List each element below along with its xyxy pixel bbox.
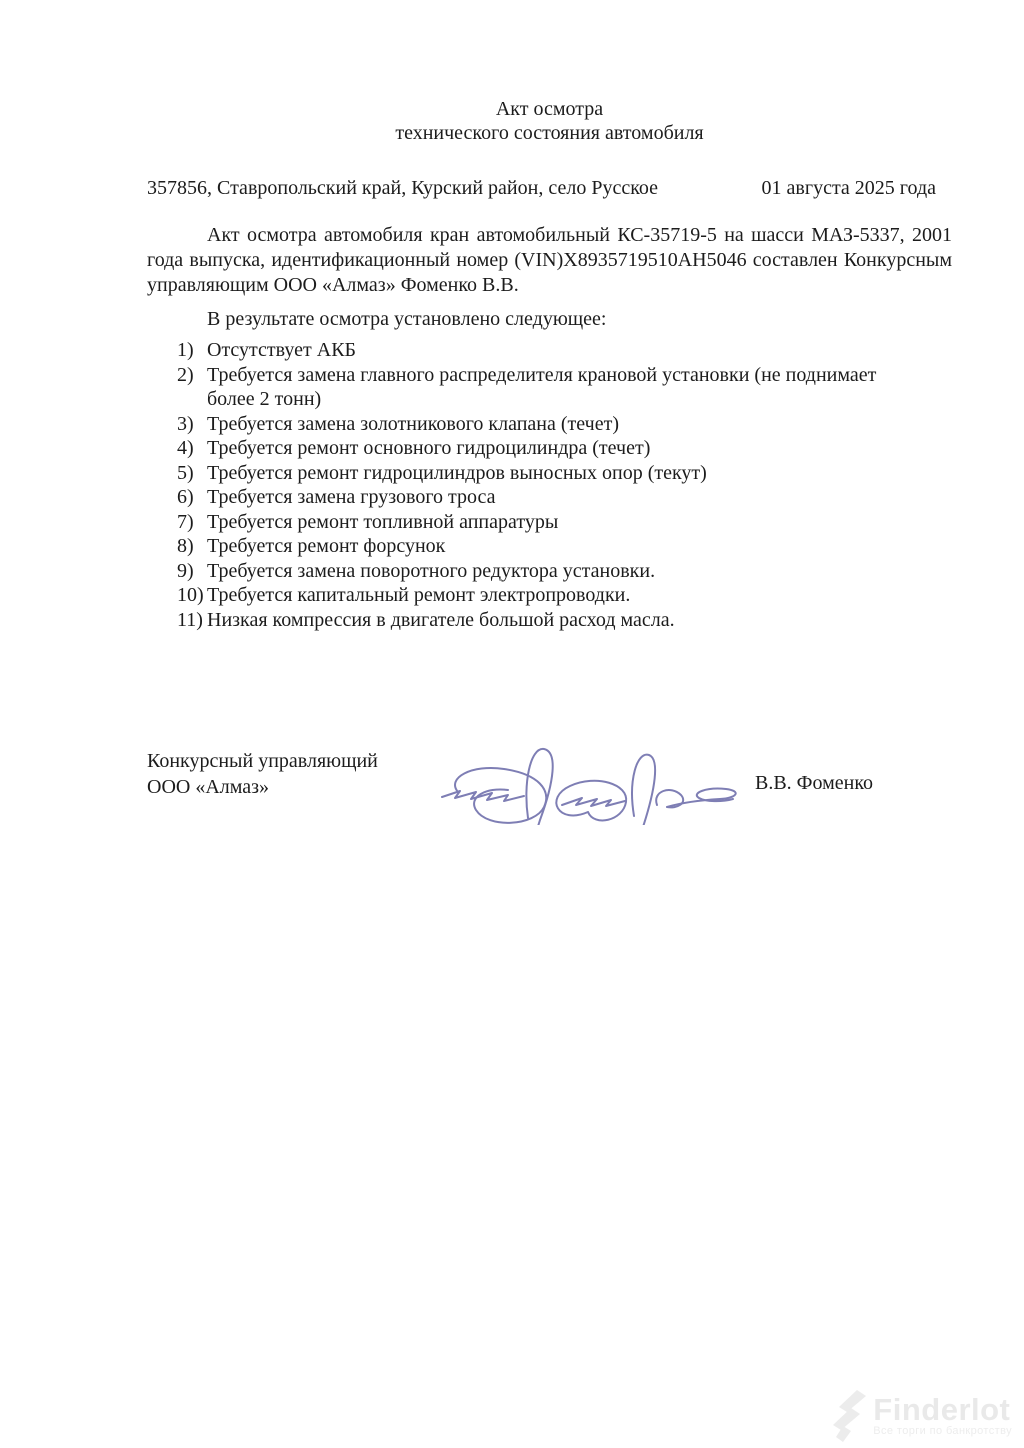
findings-list: 1) Отсутствует АКБ 2) Требуется замена г… <box>147 338 952 632</box>
handwritten-signature <box>428 740 748 825</box>
finding-text: Низкая компрессия в двигателе большой ра… <box>207 608 927 633</box>
title-line-1: Акт осмотра <box>147 97 952 121</box>
document-page: Акт осмотра технического состояния автом… <box>0 0 1024 1448</box>
date-text: 01 августа 2025 года <box>762 176 952 201</box>
finding-item: 6) Требуется замена грузового троса <box>177 485 952 510</box>
finding-text: Требуется замена золотникового клапана (… <box>207 412 927 437</box>
finding-number: 3) <box>177 412 207 437</box>
intro-paragraph: Акт осмотра автомобиля кран автомобильны… <box>147 223 952 298</box>
watermark-brand: Finderlot <box>873 1395 1012 1425</box>
document-content: Акт осмотра технического состояния автом… <box>147 97 952 632</box>
finderlot-watermark: Finderlot Все торги по банкротству <box>829 1390 1012 1442</box>
finding-item: 5) Требуется ремонт гидроцилиндров вынос… <box>177 461 952 486</box>
finding-number: 8) <box>177 534 207 559</box>
watermark-tagline: Все торги по банкротству <box>873 1425 1012 1438</box>
finding-item: 7) Требуется ремонт топливной аппаратуры <box>177 510 952 535</box>
meta-row: 357856, Ставропольский край, Курский рай… <box>147 176 952 201</box>
address-text: 357856, Ставропольский край, Курский рай… <box>147 176 658 201</box>
finding-text: Требуется ремонт основного гидроцилиндра… <box>207 436 927 461</box>
finderlot-logo-icon <box>829 1390 867 1442</box>
finding-item: 1) Отсутствует АКБ <box>177 338 952 363</box>
title-line-2: технического состояния автомобиля <box>147 121 952 145</box>
document-title: Акт осмотра технического состояния автом… <box>147 97 952 145</box>
signature-role-line-2: ООО «Алмаз» <box>147 774 378 800</box>
finding-text: Требуется замена главного распределителя… <box>207 363 927 412</box>
findings-intro: В результате осмотра установлено следующ… <box>147 307 952 332</box>
finding-text: Требуется ремонт гидроцилиндров выносных… <box>207 461 927 486</box>
signature-name: В.В. Фоменко <box>755 772 873 795</box>
finding-number: 11) <box>177 608 207 633</box>
finding-item: 11) Низкая компрессия в двигателе большо… <box>177 608 952 633</box>
finding-number: 1) <box>177 338 207 363</box>
finding-item: 8) Требуется ремонт форсунок <box>177 534 952 559</box>
finding-item: 10) Требуется капитальный ремонт электро… <box>177 583 952 608</box>
finding-text: Требуется капитальный ремонт электропров… <box>207 583 927 608</box>
finding-number: 10) <box>177 583 207 608</box>
finding-item: 4) Требуется ремонт основного гидроцилин… <box>177 436 952 461</box>
finding-text: Требуется ремонт топливной аппаратуры <box>207 510 927 535</box>
signature-role: Конкурсный управляющий ООО «Алмаз» <box>147 748 378 800</box>
finding-item: 2) Требуется замена главного распределит… <box>177 363 952 412</box>
signature-role-line-1: Конкурсный управляющий <box>147 748 378 774</box>
finding-text: Отсутствует АКБ <box>207 338 927 363</box>
finding-item: 9) Требуется замена поворотного редуктор… <box>177 559 952 584</box>
finding-text: Требуется замена поворотного редуктора у… <box>207 559 927 584</box>
finding-number: 7) <box>177 510 207 535</box>
finding-item: 3) Требуется замена золотникового клапан… <box>177 412 952 437</box>
watermark-text: Finderlot Все торги по банкротству <box>873 1395 1012 1438</box>
finding-text: Требуется замена грузового троса <box>207 485 927 510</box>
finding-number: 5) <box>177 461 207 486</box>
finding-text: Требуется ремонт форсунок <box>207 534 927 559</box>
finding-number: 4) <box>177 436 207 461</box>
finding-number: 2) <box>177 363 207 388</box>
finding-number: 6) <box>177 485 207 510</box>
finding-number: 9) <box>177 559 207 584</box>
